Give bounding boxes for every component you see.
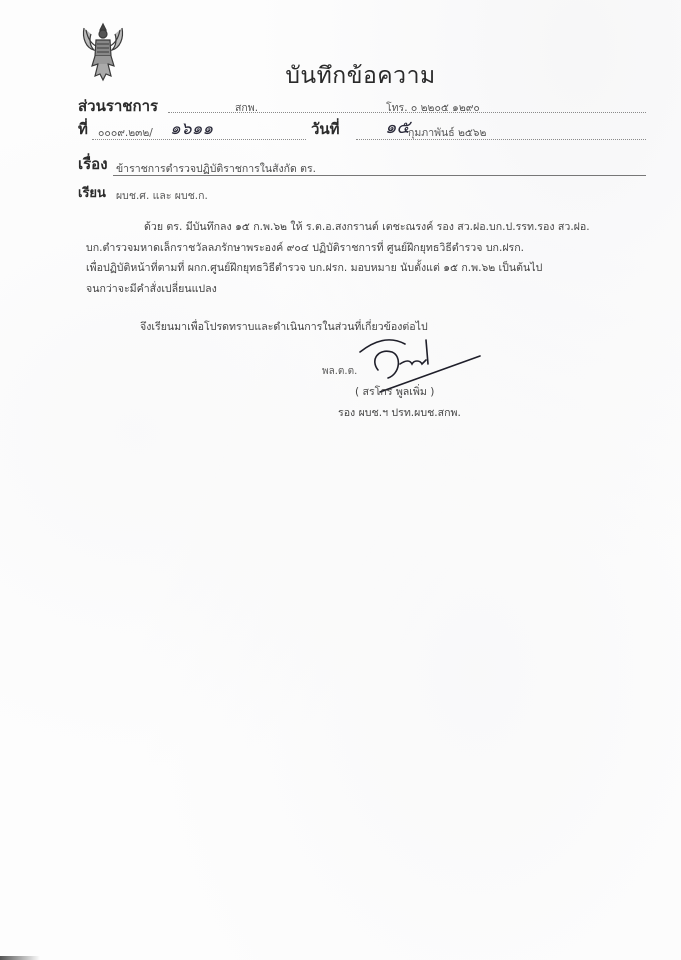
signer-rank: พล.ต.ต. bbox=[322, 364, 357, 379]
body-line: ด้วย ตร. มีบันทึกลง ๑๕ ก.พ.๖๒ ให้ ร.ต.อ.… bbox=[86, 217, 646, 238]
date-label: วันที่ bbox=[311, 117, 340, 141]
to-label: เรียน bbox=[78, 182, 106, 203]
body-line: บก.ตำรวจมหาดเล็กราชวัลลภรักษาพระองค์ ๙๐๔… bbox=[86, 238, 646, 259]
scan-edge-shadow bbox=[0, 956, 40, 960]
ref-printed: ๐๐๐๙.๒๓๒/ bbox=[98, 124, 153, 141]
body-line: จนกว่าจะมีคำสั่งเปลี่ยนแปลง bbox=[86, 279, 646, 300]
subject-label: เรื่อง bbox=[78, 152, 108, 176]
signer-name: ( สรโกร พูลเพิ่ม ) bbox=[355, 383, 434, 400]
date-day-handwritten: ๑๕ bbox=[385, 112, 410, 141]
signer-position: รอง ผบช.ฯ ปรท.ผบช.สกพ. bbox=[338, 404, 461, 421]
memo-title: บันทึกข้อความ bbox=[0, 58, 681, 94]
ref-label: ที่ bbox=[78, 117, 88, 141]
department-label: ส่วนราชการ bbox=[78, 94, 158, 118]
body-line: เพื่อปฏิบัติหน้าที่ตามที่ ผกก.ศูนย์ฝึกยุ… bbox=[86, 258, 646, 279]
department-value: สกพ. bbox=[235, 99, 258, 116]
to-value: ผบช.ศ. และ ผบช.ก. bbox=[116, 187, 208, 204]
subject-value: ข้าราชการตำรวจปฏิบัติราชการในสังกัด ตร. bbox=[116, 160, 316, 177]
date-month-year: กุมภาพันธ์ ๒๕๖๒ bbox=[408, 124, 486, 141]
ref-handwritten: ๑๖๑๑ bbox=[170, 115, 213, 142]
document-page: บันทึกข้อความ ส่วนราชการ สกพ. โทร. ๐ ๒๒๐… bbox=[0, 0, 681, 960]
body-paragraph: ด้วย ตร. มีบันทึกลง ๑๕ ก.พ.๖๒ ให้ ร.ต.อ.… bbox=[86, 217, 646, 299]
